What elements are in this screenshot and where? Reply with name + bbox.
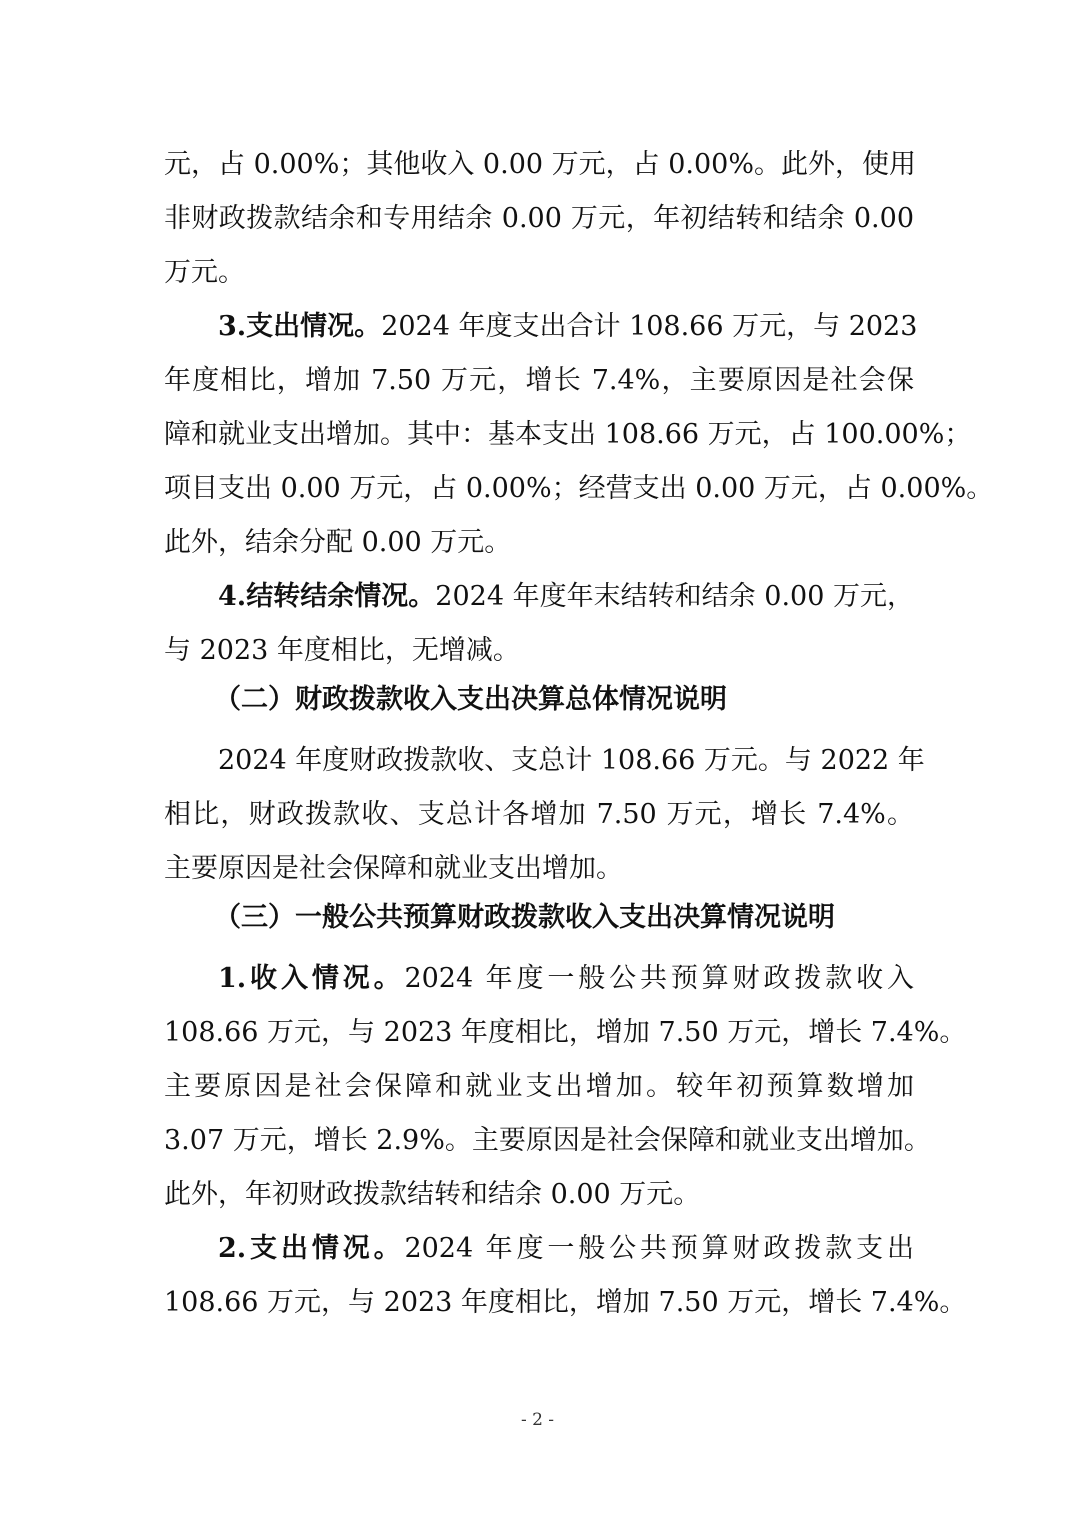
text-span: 2024 年度一般公共预算财政拨款支出 <box>404 1233 914 1264</box>
text-line: 108.66 万元，与 2023 年度相比，增加 7.50 万元，增长 7.4%… <box>164 1013 914 1053</box>
subsection-2-first-line: 2.支出情况。2024 年度一般公共预算财政拨款支出 <box>218 1229 914 1269</box>
section-4-first-line: 4.结转结余情况。2024 年度年末结转和结余 0.00 万元， <box>218 577 914 617</box>
text-line: 非财政拨款结余和专用结余 0.00 万元，年初结转和结余 0.00 <box>164 199 914 239</box>
text-span: 2024 年度一般公共预算财政拨款收入 <box>404 963 914 994</box>
section-3-title: 3.支出情况。 <box>218 311 381 342</box>
text-line: 障和就业支出增加。其中：基本支出 108.66 万元，占 100.00%； <box>164 415 914 455</box>
text-line: 主要原因是社会保障和就业支出增加。 <box>164 849 914 889</box>
text-line: 年度相比，增加 7.50 万元，增长 7.4%，主要原因是社会保 <box>164 361 914 401</box>
text-line: 主要原因是社会保障和就业支出增加。较年初预算数增加 <box>164 1067 914 1107</box>
subsection-1-first-line: 1.收入情况。2024 年度一般公共预算财政拨款收入 <box>218 959 914 999</box>
subsection-1-title: 1.收入情况。 <box>218 963 404 994</box>
text-line: 与 2023 年度相比，无增减。 <box>164 631 914 671</box>
text-line: 项目支出 0.00 万元，占 0.00%；经营支出 0.00 万元，占 0.00… <box>164 469 914 509</box>
document-page: 元，占 0.00%；其他收入 0.00 万元，占 0.00%。此外，使用 非财政… <box>0 0 1075 1520</box>
text-span: 2024 年度支出合计 108.66 万元，与 2023 <box>381 311 917 342</box>
text-line: 108.66 万元，与 2023 年度相比，增加 7.50 万元，增长 7.4%… <box>164 1283 914 1323</box>
text-line: 万元。 <box>164 253 914 293</box>
text-line: 此外，结余分配 0.00 万元。 <box>164 523 914 563</box>
text-span: 2024 年度年末结转和结余 0.00 万元， <box>435 581 914 612</box>
text-line: 此外，年初财政拨款结转和结余 0.00 万元。 <box>164 1175 914 1215</box>
section-4-title: 4.结转结余情况。 <box>218 581 435 612</box>
text-line: 3.07 万元，增长 2.9%。主要原因是社会保障和就业支出增加。 <box>164 1121 914 1161</box>
section-heading-2: （二）财政拨款收入支出决算总体情况说明 <box>214 680 727 720</box>
text-line: 元，占 0.00%；其他收入 0.00 万元，占 0.00%。此外，使用 <box>164 145 914 185</box>
page-number: - 2 - <box>0 1410 1075 1430</box>
subsection-2-title: 2.支出情况。 <box>218 1233 404 1264</box>
text-line: 2024 年度财政拨款收、支总计 108.66 万元。与 2022 年 <box>218 741 914 781</box>
section-heading-3: （三）一般公共预算财政拨款收入支出决算情况说明 <box>214 898 835 938</box>
text-line: 相比，财政拨款收、支总计各增加 7.50 万元，增长 7.4%。 <box>164 795 914 835</box>
section-3-first-line: 3.支出情况。2024 年度支出合计 108.66 万元，与 2023 <box>218 307 914 347</box>
